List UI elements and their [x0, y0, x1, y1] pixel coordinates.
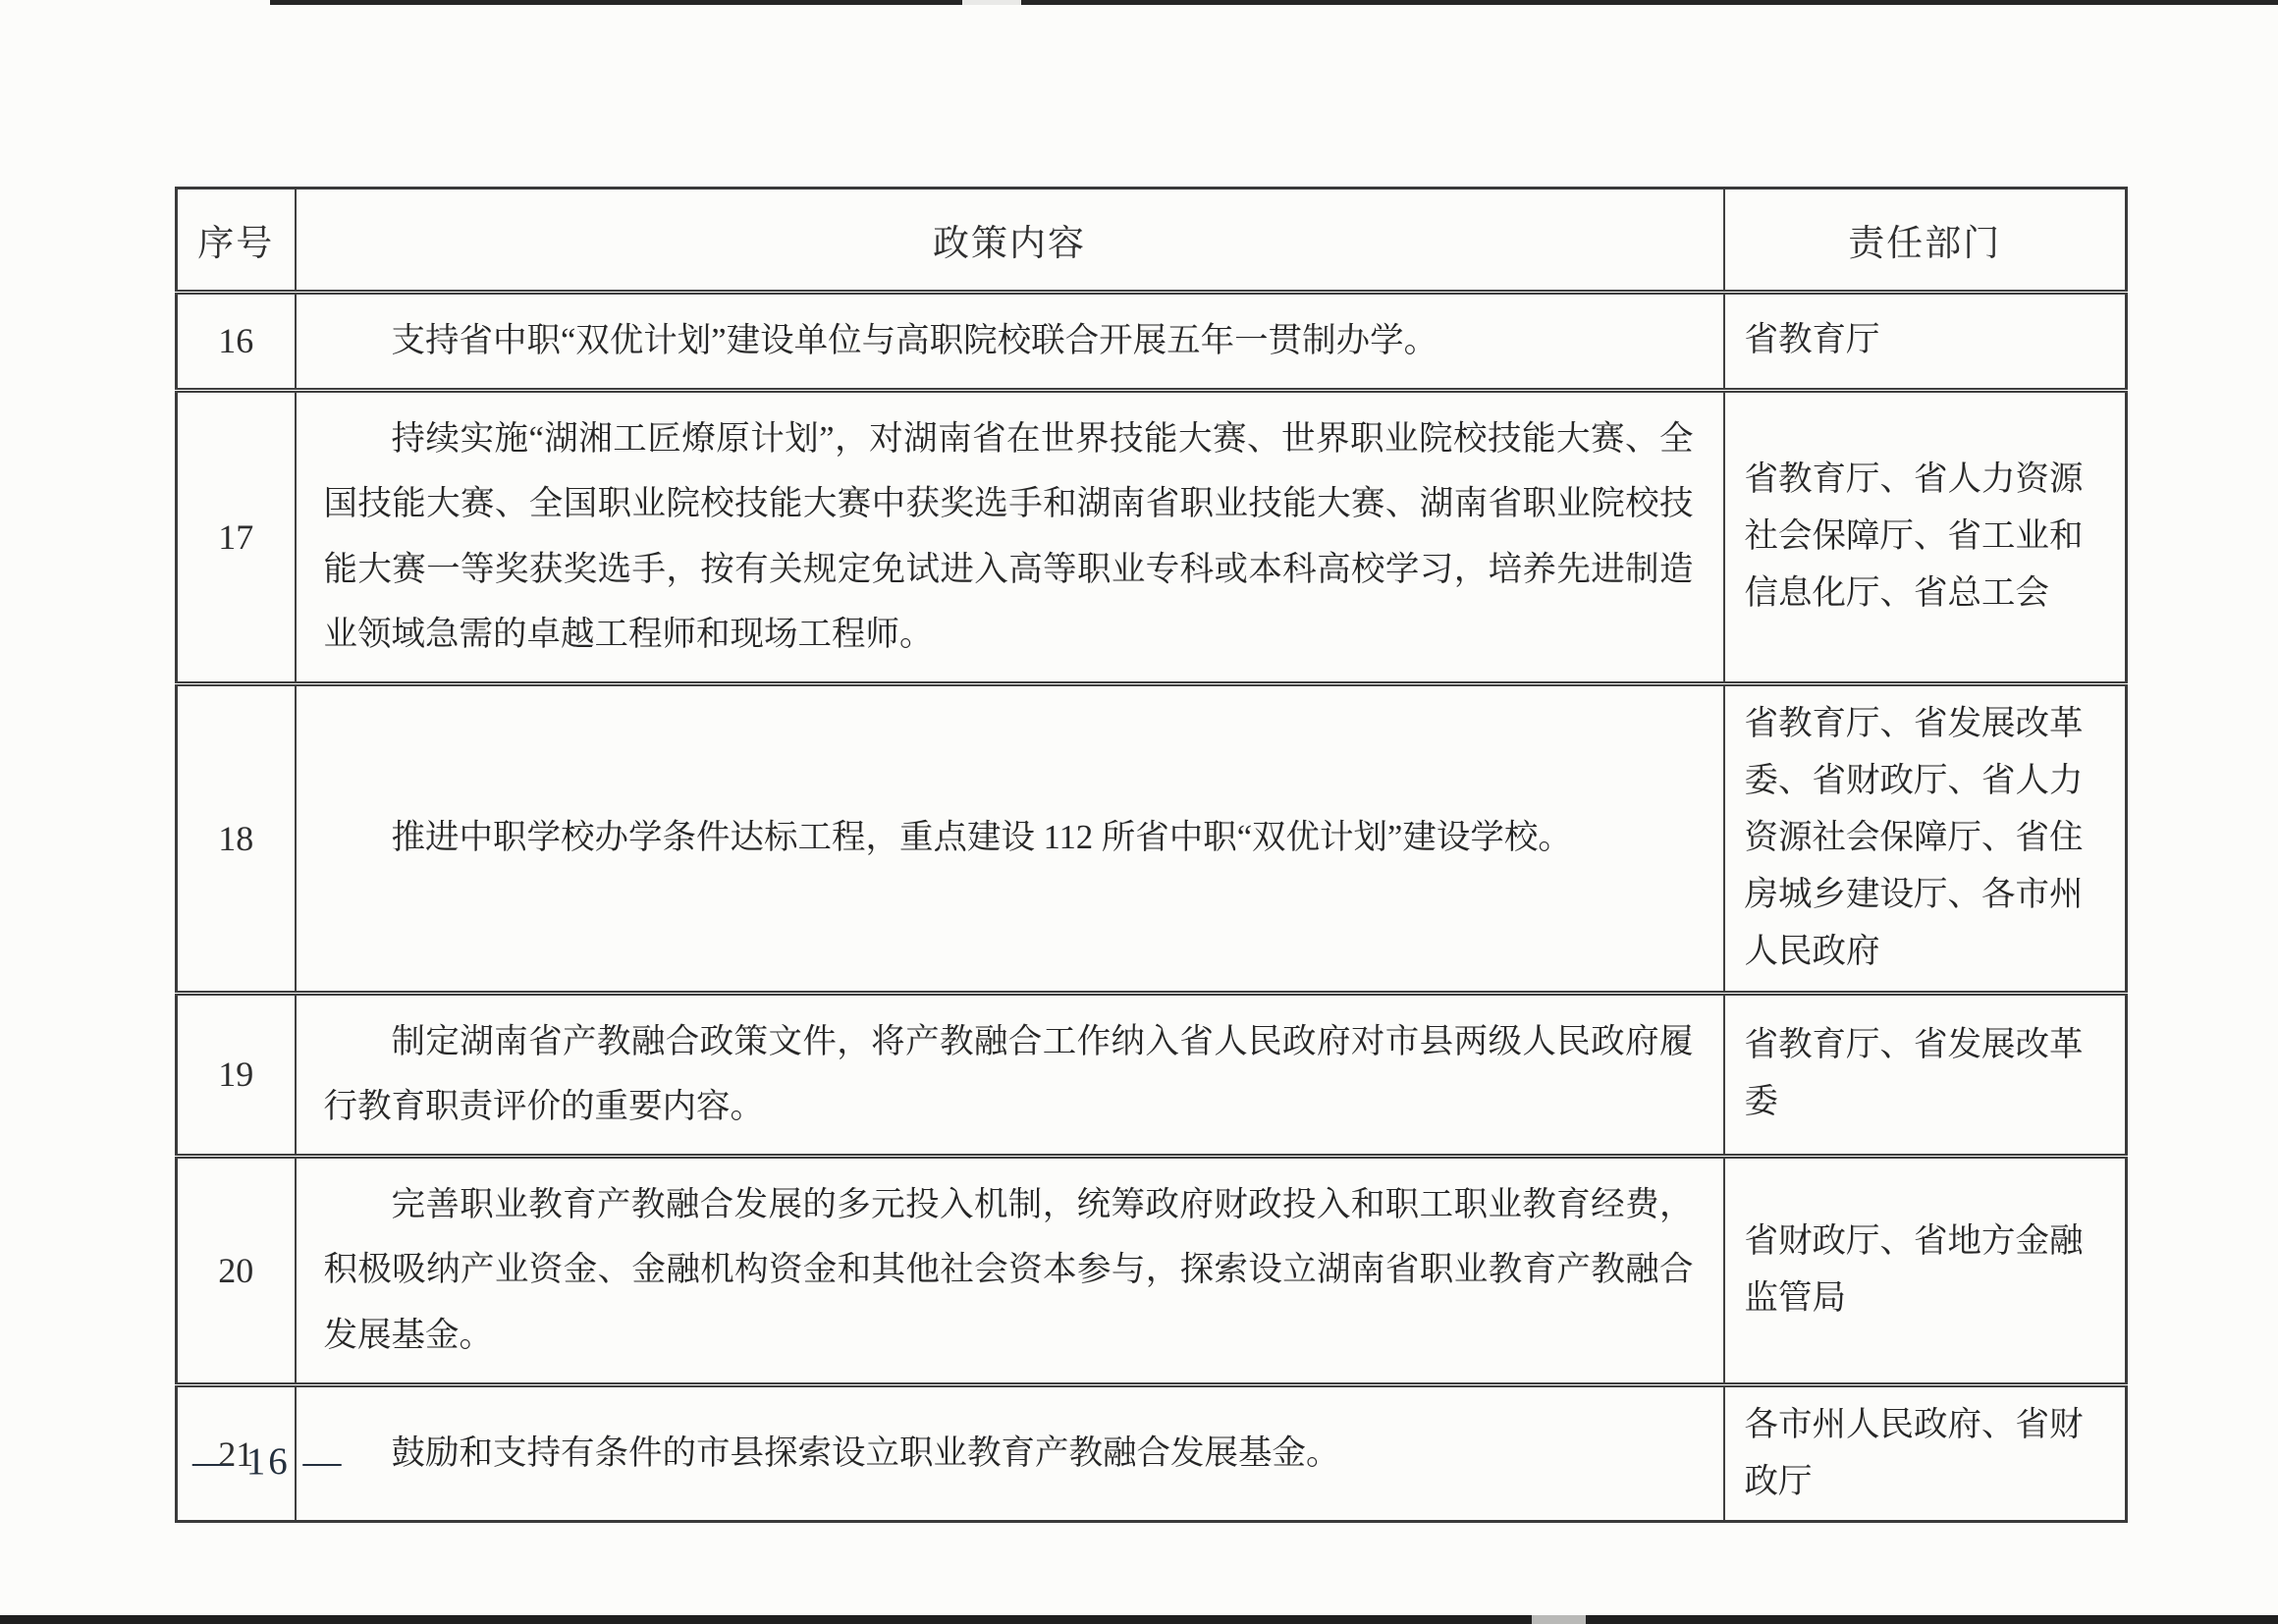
- row-policy-content: 持续实施“湖湘工匠燎原计划”，对湖南省在世界技能大赛、世界职业院校技能大赛、全国…: [296, 390, 1724, 683]
- row-policy-content: 推进中职学校办学条件达标工程，重点建设 112 所省中职“双优计划”建设学校。: [296, 683, 1724, 993]
- row-serial-number: 20: [177, 1156, 296, 1384]
- policy-table: 序号 政策内容 责任部门 16 支持省中职“双优计划”建设单位与高职院校联合开展…: [175, 187, 2128, 1523]
- row-responsible-department: 省教育厅、省发展改革委、省财政厅、省人力资源社会保障厅、省住房城乡建设厅、各市州…: [1724, 683, 2127, 993]
- header-policy-content: 政策内容: [296, 189, 1724, 293]
- row-policy-content: 支持省中职“双优计划”建设单位与高职院校联合开展五年一贯制办学。: [296, 293, 1724, 391]
- row-serial-number: 18: [177, 683, 296, 993]
- policy-paragraph: 完善职业教育产教融合发展的多元投入机制，统筹政府财政投入和职工职业教育经费，积极…: [324, 1172, 1694, 1369]
- table-row: 17 持续实施“湖湘工匠燎原计划”，对湖南省在世界技能大赛、世界职业院校技能大赛…: [177, 390, 2127, 683]
- row-serial-number: 16: [177, 293, 296, 391]
- table-row: 18 推进中职学校办学条件达标工程，重点建设 112 所省中职“双优计划”建设学…: [177, 683, 2127, 993]
- scan-edge-top: [270, 0, 2278, 5]
- table-row: 19 制定湖南省产教融合政策文件，将产教融合工作纳入省人民政府对市县两级人民政府…: [177, 993, 2127, 1156]
- policy-paragraph: 制定湖南省产教融合政策文件，将产教融合工作纳入省人民政府对市县两级人民政府履行教…: [324, 1009, 1694, 1140]
- table-row: 16 支持省中职“双优计划”建设单位与高职院校联合开展五年一贯制办学。 省教育厅: [177, 293, 2127, 391]
- policy-paragraph: 鼓励和支持有条件的市县探索设立职业教育产教融合发展基金。: [324, 1421, 1694, 1487]
- table-row: 21 鼓励和支持有条件的市县探索设立职业教育产教融合发展基金。 各市州人民政府、…: [177, 1384, 2127, 1522]
- policy-paragraph: 持续实施“湖湘工匠燎原计划”，对湖南省在世界技能大赛、世界职业院校技能大赛、全国…: [324, 406, 1694, 668]
- policy-paragraph: 推进中职学校办学条件达标工程，重点建设 112 所省中职“双优计划”建设学校。: [324, 805, 1694, 871]
- row-responsible-department: 各市州人民政府、省财政厅: [1724, 1384, 2127, 1522]
- row-policy-content: 完善职业教育产教融合发展的多元投入机制，统筹政府财政投入和职工职业教育经费，积极…: [296, 1156, 1724, 1384]
- row-serial-number: 19: [177, 993, 296, 1156]
- scan-edge-top-gap: [962, 0, 1021, 5]
- row-serial-number: 17: [177, 390, 296, 683]
- row-responsible-department: 省财政厅、省地方金融监管局: [1724, 1156, 2127, 1384]
- scan-edge-bottom-gap: [1532, 1615, 1586, 1624]
- page-number: — 16 —: [192, 1439, 345, 1484]
- row-policy-content: 制定湖南省产教融合政策文件，将产教融合工作纳入省人民政府对市县两级人民政府履行教…: [296, 993, 1724, 1156]
- row-responsible-department: 省教育厅: [1724, 293, 2127, 391]
- table-header-row: 序号 政策内容 责任部门: [177, 189, 2127, 293]
- policy-paragraph: 支持省中职“双优计划”建设单位与高职院校联合开展五年一贯制办学。: [324, 308, 1694, 374]
- header-responsible-department: 责任部门: [1724, 189, 2127, 293]
- row-responsible-department: 省教育厅、省人力资源社会保障厅、省工业和信息化厅、省总工会: [1724, 390, 2127, 683]
- scan-edge-bottom: [0, 1615, 2278, 1624]
- header-serial-number: 序号: [177, 189, 296, 293]
- row-responsible-department: 省教育厅、省发展改革委: [1724, 993, 2127, 1156]
- table-row: 20 完善职业教育产教融合发展的多元投入机制，统筹政府财政投入和职工职业教育经费…: [177, 1156, 2127, 1384]
- row-policy-content: 鼓励和支持有条件的市县探索设立职业教育产教融合发展基金。: [296, 1384, 1724, 1522]
